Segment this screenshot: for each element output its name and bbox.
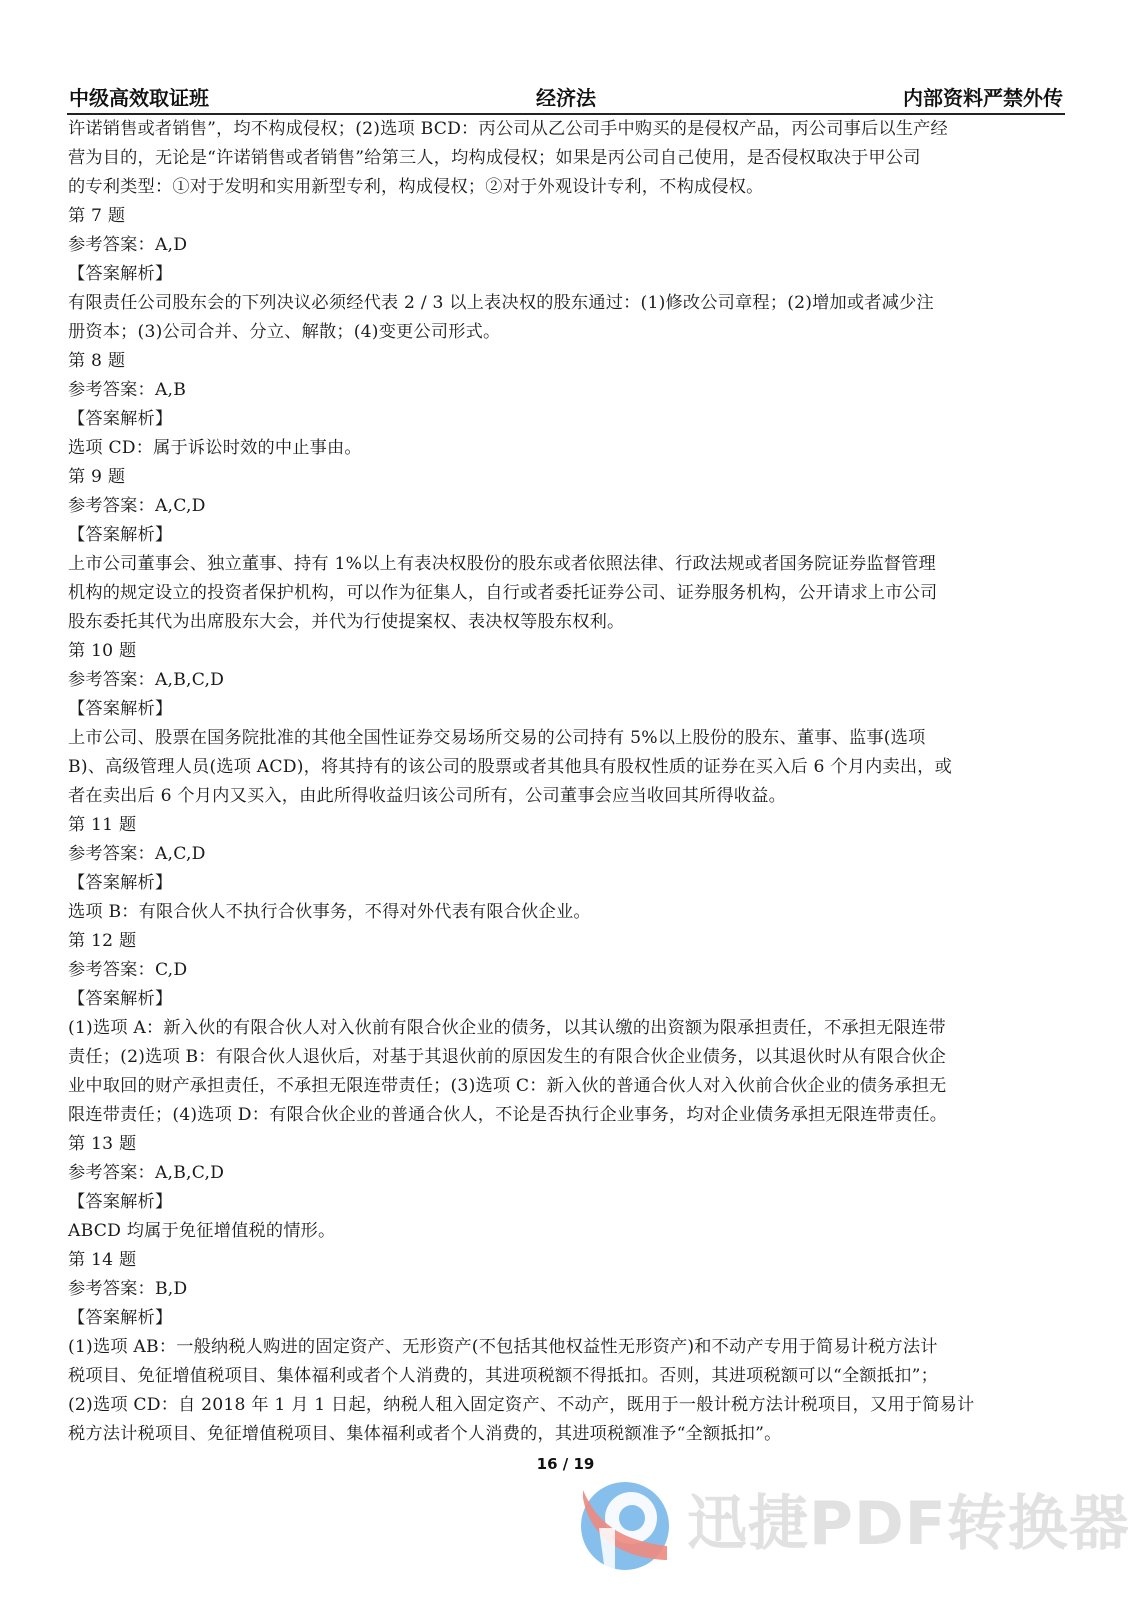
reference-answer: 参考答案：A,D [68, 231, 1044, 260]
question-block: 第 8 题 参考答案：A,B 【答案解析】 选项 CD：属于诉讼时效的中止事由。 [68, 347, 1044, 463]
reference-answer: 参考答案：A,B,C,D [68, 666, 1044, 695]
page-number: 16 / 19 [0, 1455, 1131, 1473]
text-line: 许诺销售或者销售”，均不构成侵权；(2)选项 BCD：丙公司从乙公司手中购买的是… [68, 115, 1044, 144]
question-block: 第 7 题 参考答案：A,D 【答案解析】 有限责任公司股东会的下列决议必须经代… [68, 202, 1044, 347]
analysis-line: 选项 B：有限合伙人不执行合伙事务，不得对外代表有限合伙企业。 [68, 898, 1044, 927]
header-confidential-notice: 内部资料严禁外传 [903, 82, 1063, 111]
analysis-line: 限连带责任；(4)选项 D：有限合伙企业的普通合伙人，不论是否执行企业事务，均对… [68, 1101, 1044, 1130]
question-title: 第 11 题 [68, 811, 1044, 840]
analysis-line: 上市公司、股票在国务院批准的其他全国性证券交易场所交易的公司持有 5%以上股份的… [68, 724, 1044, 753]
document-body: 许诺销售或者销售”，均不构成侵权；(2)选项 BCD：丙公司从乙公司手中购买的是… [68, 115, 1044, 1449]
question-block: 第 11 题 参考答案：A,C,D 【答案解析】 选项 B：有限合伙人不执行合伙… [68, 811, 1044, 927]
analysis-label: 【答案解析】 [68, 985, 1044, 1014]
analysis-label: 【答案解析】 [68, 260, 1044, 289]
question-block: 第 13 题 参考答案：A,B,C,D 【答案解析】 ABCD 均属于免征增值税… [68, 1130, 1044, 1246]
text-line: 营为目的，无论是“许诺销售或者销售”给第三人，均构成侵权；如果是丙公司自己使用，… [68, 144, 1044, 173]
analysis-line: 业中取回的财产承担责任，不承担无限连带责任；(3)选项 C：新入伙的普通合伙人对… [68, 1072, 1044, 1101]
analysis-line: (1)选项 A：新入伙的有限合伙人对入伙前有限合伙企业的债务，以其认缴的出资额为… [68, 1014, 1044, 1043]
question-title: 第 14 题 [68, 1246, 1044, 1275]
analysis-line: B)、高级管理人员(选项 ACD)，将其持有的该公司的股票或者其他具有股权性质的… [68, 753, 1044, 782]
analysis-line: 税方法计税项目、免征增值税项目、集体福利或者个人消费的，其进项税额准予“全额抵扣… [68, 1420, 1044, 1449]
reference-answer: 参考答案：A,C,D [68, 492, 1044, 521]
watermark: 迅捷PDF转换器 [575, 1468, 1095, 1580]
page-header: 中级高效取证班 经济法 内部资料严禁外传 [67, 80, 1065, 115]
analysis-line: 责任；(2)选项 B：有限合伙人退伙后，对基于其退伙前的原因发生的有限合伙企业债… [68, 1043, 1044, 1072]
analysis-line: 股东委托其代为出席股东大会，并代为行使提案权、表决权等股东权利。 [68, 608, 1044, 637]
intro-paragraph: 许诺销售或者销售”，均不构成侵权；(2)选项 BCD：丙公司从乙公司手中购买的是… [68, 115, 1044, 202]
pdf-converter-logo-icon [575, 1468, 671, 1580]
analysis-line: 册资本；(3)公司合并、分立、解散；(4)变更公司形式。 [68, 318, 1044, 347]
analysis-line: (1)选项 AB：一般纳税人购进的固定资产、无形资产(不包括其他权益性无形资产)… [68, 1333, 1044, 1362]
watermark-text: 迅捷PDF转换器 [687, 1476, 1130, 1562]
question-title: 第 12 题 [68, 927, 1044, 956]
text-line: 的专利类型：①对于发明和实用新型专利，构成侵权；②对于外观设计专利，不构成侵权。 [68, 173, 1044, 202]
analysis-label: 【答案解析】 [68, 405, 1044, 434]
analysis-label: 【答案解析】 [68, 1304, 1044, 1333]
reference-answer: 参考答案：A,B [68, 376, 1044, 405]
reference-answer: 参考答案：A,B,C,D [68, 1159, 1044, 1188]
question-title: 第 7 题 [68, 202, 1044, 231]
analysis-label: 【答案解析】 [68, 869, 1044, 898]
analysis-line: 者在卖出后 6 个月内又买入，由此所得收益归该公司所有，公司董事会应当收回其所得… [68, 782, 1044, 811]
question-block: 第 12 题 参考答案：C,D 【答案解析】 (1)选项 A：新入伙的有限合伙人… [68, 927, 1044, 1130]
reference-answer: 参考答案：B,D [68, 1275, 1044, 1304]
question-title: 第 9 题 [68, 463, 1044, 492]
question-title: 第 10 题 [68, 637, 1044, 666]
question-title: 第 8 题 [68, 347, 1044, 376]
analysis-line: 选项 CD：属于诉讼时效的中止事由。 [68, 434, 1044, 463]
question-block: 第 9 题 参考答案：A,C,D 【答案解析】 上市公司董事会、独立董事、持有 … [68, 463, 1044, 637]
analysis-label: 【答案解析】 [68, 1188, 1044, 1217]
analysis-label: 【答案解析】 [68, 521, 1044, 550]
question-title: 第 13 题 [68, 1130, 1044, 1159]
question-block: 第 10 题 参考答案：A,B,C,D 【答案解析】 上市公司、股票在国务院批准… [68, 637, 1044, 811]
analysis-line: 有限责任公司股东会的下列决议必须经代表 2 / 3 以上表决权的股东通过：(1)… [68, 289, 1044, 318]
analysis-label: 【答案解析】 [68, 695, 1044, 724]
analysis-line: (2)选项 CD：自 2018 年 1 月 1 日起，纳税人租入固定资产、不动产… [68, 1391, 1044, 1420]
reference-answer: 参考答案：A,C,D [68, 840, 1044, 869]
analysis-line: 上市公司董事会、独立董事、持有 1%以上有表决权股份的股东或者依照法律、行政法规… [68, 550, 1044, 579]
analysis-line: 税项目、免征增值税项目、集体福利或者个人消费的，其进项税额不得抵扣。否则，其进项… [68, 1362, 1044, 1391]
reference-answer: 参考答案：C,D [68, 956, 1044, 985]
analysis-line: ABCD 均属于免征增值税的情形。 [68, 1217, 1044, 1246]
analysis-line: 机构的规定设立的投资者保护机构，可以作为征集人，自行或者委托证券公司、证券服务机… [68, 579, 1044, 608]
question-block: 第 14 题 参考答案：B,D 【答案解析】 (1)选项 AB：一般纳税人购进的… [68, 1246, 1044, 1449]
